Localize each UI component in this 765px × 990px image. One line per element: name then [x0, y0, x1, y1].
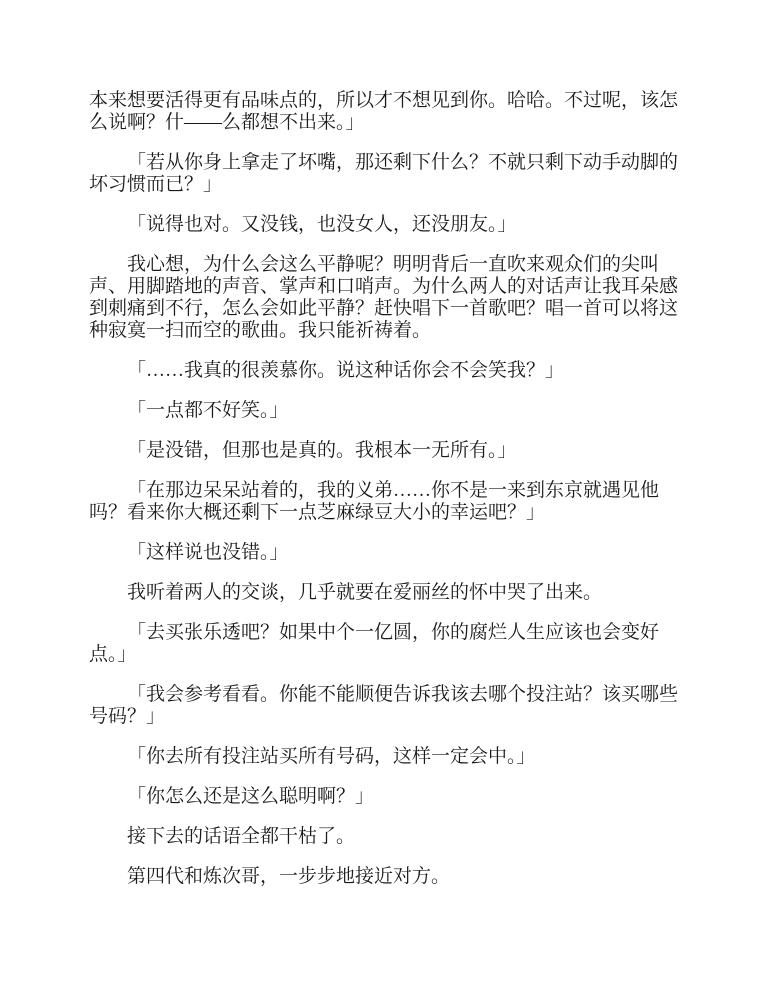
paragraph: 「这样说也没错。」: [89, 542, 679, 564]
paragraph: 接下去的话语全都干枯了。: [89, 826, 679, 848]
paragraph: 本来想要活得更有品味点的，所以才不想见到你。哈哈。不过呢，该怎么说啊？什——么都…: [89, 90, 679, 134]
paragraph: 「你怎么还是这么聪明啊？」: [89, 786, 679, 808]
paragraph: 我听着两人的交谈，几乎就要在爱丽丝的怀中哭了出来。: [89, 582, 679, 604]
paragraph: 「……我真的很羡慕你。说这种话你会不会笑我？」: [89, 360, 679, 382]
paragraph: 第四代和炼次哥，一步步地接近对方。: [89, 866, 679, 888]
paragraph: 「是没错，但那也是真的。我根本一无所有。」: [89, 440, 679, 462]
paragraph: 「若从你身上拿走了坏嘴，那还剩下什么？不就只剩下动手动脚的坏习惯而已？」: [89, 152, 679, 196]
page-text: 本来想要活得更有品味点的，所以才不想见到你。哈哈。不过呢，该怎么说啊？什——么都…: [89, 90, 679, 888]
paragraph: 「去买张乐透吧？如果中个一亿圆，你的腐烂人生应该也会变好点。」: [89, 622, 679, 666]
document-page: 本来想要活得更有品味点的，所以才不想见到你。哈哈。不过呢，该怎么说啊？什——么都…: [0, 0, 765, 990]
paragraph: 「一点都不好笑。」: [89, 400, 679, 422]
paragraph: 「我会参考看看。你能不能顺便告诉我该去哪个投注站？该买哪些号码？」: [89, 684, 679, 728]
paragraph: 「在那边呆呆站着的，我的义弟……你不是一来到东京就遇见他吗？看来你大概还剩下一点…: [89, 480, 679, 524]
paragraph: 我心想，为什么会这么平静呢？明明背后一直吹来观众们的尖叫声、用脚踏地的声音、掌声…: [89, 254, 679, 342]
paragraph: 「你去所有投注站买所有号码，这样一定会中。」: [89, 746, 679, 768]
paragraph: 「说得也对。又没钱，也没女人，还没朋友。」: [89, 214, 679, 236]
